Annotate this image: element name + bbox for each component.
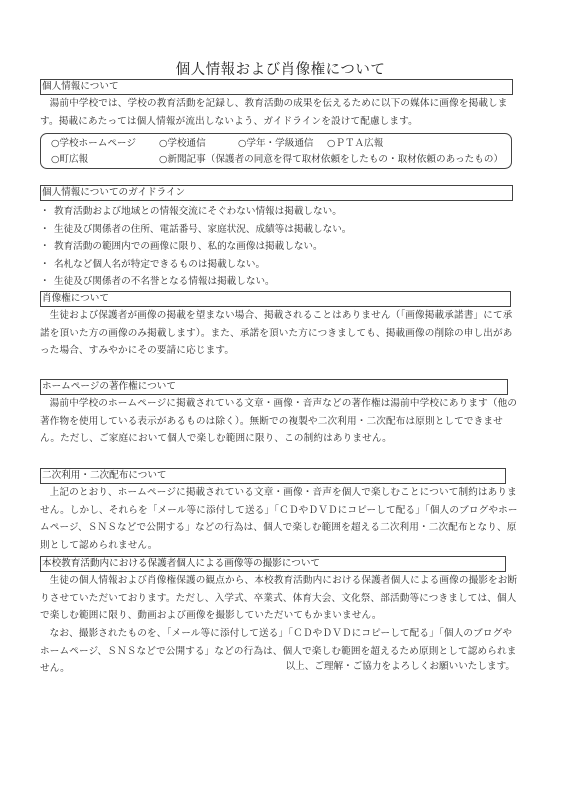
list-item: ・生徒及び関係者の不名誉となる情報は掲載しない。 [40,273,518,291]
page-title: 個人情報および肖像権について [0,61,561,79]
bullet-icon: ・ [40,238,54,256]
portrait-rights-paragraph: 生徒および保護者が画像の掲載を望まない場合、掲載されることはありません（「画像掲… [40,307,518,360]
closing-signoff: 以上、ご理解・ご協力をよろしくお願いいたします。 [286,658,515,675]
section-heading-personal-info: 個人情報について [40,79,513,95]
list-item: ・教育活動および地域との情報交流にそぐわない情報は掲載しない。 [40,203,518,221]
list-item: ・生徒及び関係者の住所、電話番号、家庭状況、成績等は掲載しない。 [40,221,518,239]
media-item-school-newsletter: ○学校通信 [159,136,206,151]
bullet-icon: ・ [40,256,54,274]
guidelines-list: ・教育活動および地域との情報交流にそぐわない情報は掲載しない。 ・生徒及び関係者… [40,203,518,291]
copyright-paragraph: 湯前中学校のホームページに掲載されている文章・画像・音声などの著作権は湯前中学校… [40,395,518,448]
media-item-pta-newsletter: ○ＰＴＡ広報 [327,136,383,151]
media-item-grade-class-newsletter: ○学年・学級通信 [238,136,314,151]
media-item-school-homepage: ○学校ホームページ [51,136,136,151]
media-list-box: ○学校ホームページ ○学校通信 ○学年・学級通信 ○ＰＴＡ広報 ○町広報 ○新聞… [40,133,512,169]
personal-info-paragraph: 湯前中学校では、学校の教育活動を記録し、教育活動の成果を伝えるために以下の媒体に… [40,95,518,130]
bullet-icon: ・ [40,221,54,239]
section-heading-photography: 本校教育活動内における保護者個人による画像等の撮影について [40,556,506,572]
document-page: 個人情報および肖像権について 個人情報について 湯前中学校では、学校の教育活動を… [0,0,561,800]
media-item-newspaper: ○新聞記事（保護者の同意を得て取材依頼をしたもの・取材依頼のあったもの） [159,152,503,167]
section-heading-portrait-rights: 肖像権について [40,291,511,307]
photography-paragraph-1: 生徒の個人情報および肖像権保護の観点から、本校教育活動内における保護者個人による… [40,572,518,625]
list-item: ・名札など個人名が特定できるものは掲載しない。 [40,256,518,274]
secondary-use-paragraph: 上記のとおり、ホームページに掲載されている文章・画像・音声を個人で楽しむことにつ… [40,484,518,554]
list-item: ・教育活動の範囲内での画像に限り、私的な画像は掲載しない。 [40,238,518,256]
bullet-icon: ・ [40,203,54,221]
media-item-town-newsletter: ○町広報 [51,152,88,167]
section-heading-guidelines: 個人情報についてのガイドライン [40,185,513,201]
bullet-icon: ・ [40,273,54,291]
section-heading-secondary-use: 二次利用・二次配布について [40,468,506,484]
section-heading-copyright: ホームページの著作権について [40,379,508,395]
